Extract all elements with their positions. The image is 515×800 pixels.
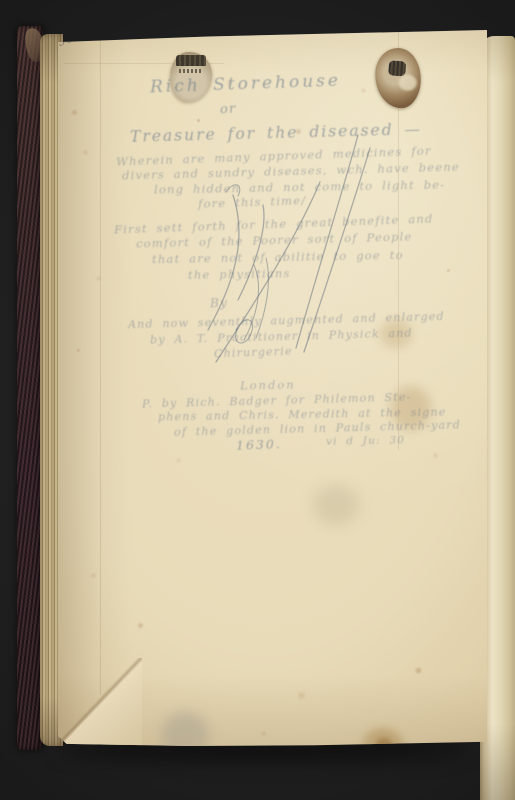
manuscript-line: or [220, 102, 237, 118]
label-paper-lobe [398, 74, 417, 91]
manuscript-line: the physitians [188, 266, 291, 282]
manuscript-line: that are not of abilitie to goe to [152, 248, 404, 266]
label-print-fragment [388, 60, 406, 76]
foxing-spots [58, 30, 59, 31]
manuscript-byline: By [210, 296, 228, 311]
faint-stain-center [313, 485, 359, 525]
manuscript-line: Chirurgerie [214, 345, 293, 361]
scored-margin-line [100, 40, 101, 695]
manuscript-subtitle: Treasure for the diseased — [130, 120, 422, 146]
dog-ear-fold [58, 658, 142, 746]
label-print-fragment [176, 55, 206, 66]
torn-label-remnant-right [373, 46, 423, 109]
manuscript-date-note: vi d Ju: 30 [326, 434, 405, 447]
manuscript-title-page: 50 Rich Storehouse or Treasure for the d… [58, 30, 487, 746]
label-print-fragment [179, 69, 203, 73]
photograph-of-book: 50 Rich Storehouse or Treasure for the d… [0, 0, 515, 800]
manuscript-imprint-place: London [240, 378, 296, 393]
manuscript-line: fore this time/ [198, 193, 307, 211]
manuscript-date: 1630. [236, 436, 282, 453]
